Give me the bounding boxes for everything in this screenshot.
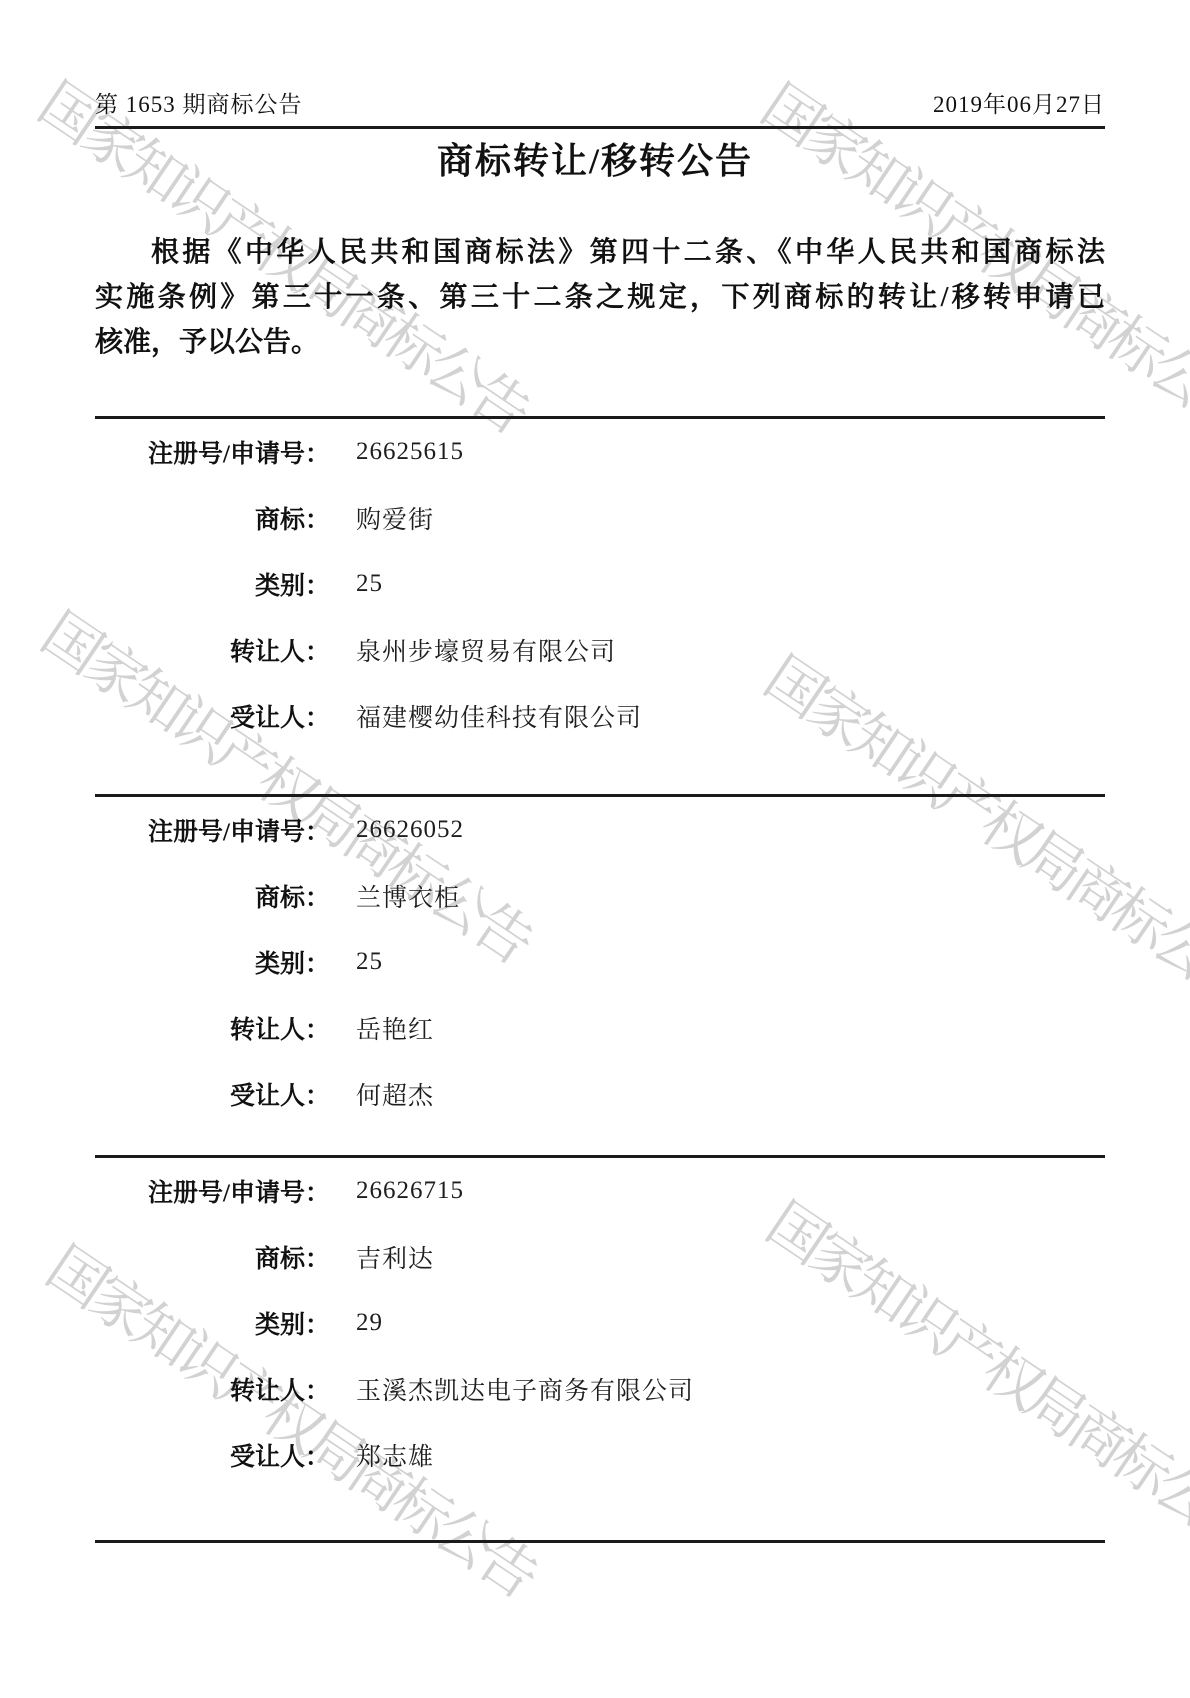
intro-line-1: 根据《中华人民共和国商标法》第四十二条、《中华人民共和国商标法 <box>95 230 1105 275</box>
assignee-value: 福建樱幼佳科技有限公司 <box>356 698 642 734</box>
field-row-reg-no: 注册号/申请号： 26626715 <box>95 1158 1105 1224</box>
assignor-label: 转让人： <box>95 1371 330 1407</box>
intro-paragraph: 根据《中华人民共和国商标法》第四十二条、《中华人民共和国商标法 实施条例》第三十… <box>95 230 1105 365</box>
field-row-class: 类别： 29 <box>95 1290 1105 1356</box>
trademark-label: 商标： <box>95 500 330 536</box>
field-row-assignee: 受让人： 福建樱幼佳科技有限公司 <box>95 683 1105 749</box>
class-label: 类别： <box>95 566 330 602</box>
class-label: 类别： <box>95 944 330 980</box>
assignee-label: 受让人： <box>95 698 330 734</box>
intro-line-3: 核准，予以公告。 <box>95 320 1105 365</box>
field-row-trademark: 商标： 购爱街 <box>95 485 1105 551</box>
field-row-trademark: 商标： 吉利达 <box>95 1224 1105 1290</box>
assignee-label: 受让人： <box>95 1076 330 1112</box>
assignee-value: 何超杰 <box>356 1076 434 1112</box>
header-divider <box>95 126 1105 129</box>
trademark-record: 注册号/申请号： 26626052 商标： 兰博衣柜 类别： 25 转让人： 岳… <box>95 794 1105 1155</box>
assignor-label: 转让人： <box>95 1010 330 1046</box>
class-value: 25 <box>356 570 383 598</box>
assignor-value: 泉州步壕贸易有限公司 <box>356 632 616 668</box>
assignor-value: 岳艳红 <box>356 1010 434 1046</box>
trademark-label: 商标： <box>95 1239 330 1275</box>
assignor-label: 转让人： <box>95 632 330 668</box>
field-row-assignor: 转让人： 玉溪杰凯达电子商务有限公司 <box>95 1356 1105 1422</box>
class-value: 25 <box>356 948 383 976</box>
reg-no-label: 注册号/申请号： <box>95 1173 330 1209</box>
field-row-reg-no: 注册号/申请号： 26626052 <box>95 797 1105 863</box>
field-row-assignee: 受让人： 何超杰 <box>95 1061 1105 1127</box>
field-row-assignor: 转让人： 岳艳红 <box>95 995 1105 1061</box>
trademark-value: 兰博衣柜 <box>356 878 460 914</box>
class-label: 类别： <box>95 1305 330 1341</box>
field-row-trademark: 商标： 兰博衣柜 <box>95 863 1105 929</box>
trademark-record: 注册号/申请号： 26626715 商标： 吉利达 类别： 29 转让人： 玉溪… <box>95 1155 1105 1540</box>
trademark-value: 吉利达 <box>356 1239 434 1275</box>
gazette-issue-number: 第 1653 期商标公告 <box>95 86 303 119</box>
field-row-assignee: 受让人： 郑志雄 <box>95 1422 1105 1488</box>
trademark-label: 商标： <box>95 878 330 914</box>
records-list: 注册号/申请号： 26625615 商标： 购爱街 类别： 25 转让人： 泉州… <box>95 416 1105 1543</box>
reg-no-value: 26626052 <box>356 816 464 844</box>
field-row-reg-no: 注册号/申请号： 26625615 <box>95 419 1105 485</box>
reg-no-label: 注册号/申请号： <box>95 434 330 470</box>
trademark-record: 注册号/申请号： 26625615 商标： 购爱街 类别： 25 转让人： 泉州… <box>95 416 1105 794</box>
field-row-assignor: 转让人： 泉州步壕贸易有限公司 <box>95 617 1105 683</box>
bottom-divider <box>95 1540 1105 1543</box>
gazette-page: 国家知识产权局商标公告 国家知识产权局商标公告 国家知识产权局商标公告 国家知识… <box>0 0 1190 1698</box>
field-row-class: 类别： 25 <box>95 551 1105 617</box>
intro-line-2: 实施条例》第三十一条、第三十二条之规定，下列商标的转让/移转申请已 <box>95 275 1105 320</box>
reg-no-value: 26626715 <box>356 1177 464 1205</box>
assignor-value: 玉溪杰凯达电子商务有限公司 <box>356 1371 694 1407</box>
trademark-value: 购爱街 <box>356 500 434 536</box>
page-title: 商标转让/移转公告 <box>0 133 1190 184</box>
field-row-class: 类别： 25 <box>95 929 1105 995</box>
gazette-date: 2019年06月27日 <box>933 86 1105 119</box>
reg-no-value: 26625615 <box>356 438 464 466</box>
assignee-value: 郑志雄 <box>356 1437 434 1473</box>
reg-no-label: 注册号/申请号： <box>95 812 330 848</box>
class-value: 29 <box>356 1309 383 1337</box>
assignee-label: 受让人： <box>95 1437 330 1473</box>
